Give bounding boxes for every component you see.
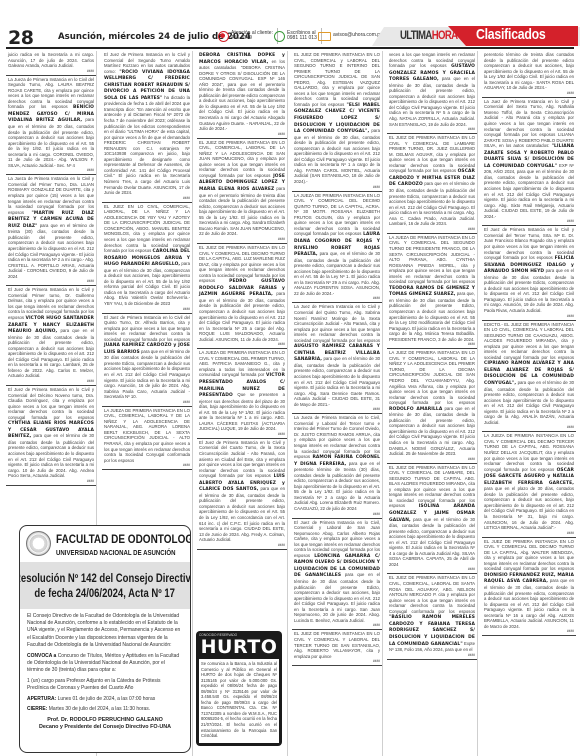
ad-parties: RODOLFO AMARILLA	[389, 407, 442, 412]
ad-text-continued: para que en el término de 30 días contad…	[104, 349, 190, 399]
ad-code: ####	[294, 512, 380, 516]
ad-text: LA JUEZ DE PRIMERA INSTANCIA EN LO CIVIL…	[389, 350, 475, 405]
ad-text-continued: para que en el término de 30 días, conta…	[389, 517, 475, 567]
ad-code: ####	[8, 479, 94, 483]
brand-logo[interactable]: ULTIMAHORA	[400, 28, 457, 42]
mail-icon	[318, 32, 331, 41]
section-dot	[575, 33, 578, 36]
ad-text-continued: para que en el término de 30 días, conta…	[389, 406, 475, 456]
contact-customer-service[interactable]: Atención al cliente:415 7000	[218, 28, 278, 44]
classified-ad: EL JUEZ DE PRIMERA INSTANCIA EN LO CIVIL…	[387, 464, 477, 575]
ad-code: ####	[294, 407, 380, 411]
contact-value: 0981 111 013	[287, 35, 317, 41]
ad-code: ####	[8, 279, 94, 283]
ad-code: ####	[104, 463, 190, 467]
ad-text: EL JUEZ DE PRIMERA INSTANCIA EN LO CIVIL…	[199, 245, 285, 283]
ad-text: El Juez de Primera Instancia en lo Civil…	[8, 387, 94, 420]
ad-text-continued: para que en el término de 30 días contad…	[8, 433, 94, 478]
classified-ad: DEBORA CRISTINA DOPKE y MARCOS HORACIO V…	[197, 51, 287, 139]
cierre-label: CIERRE:	[27, 706, 47, 712]
ad-text: El Juez de Primera Instancia en lo Civil…	[104, 315, 190, 342]
ad-code: ####	[484, 425, 574, 429]
contact-value: avisos@uhora.com.py	[333, 33, 383, 39]
ad-code: ####	[104, 400, 190, 404]
ad-text: La Jueza de Primera Instancia en lo Civi…	[294, 415, 380, 459]
phone-icon	[218, 31, 229, 42]
signer-name: Prof. Dr. RODOLFO PERRUCHINO GALEANO	[27, 717, 183, 725]
ad-text-continued: EXP Nº 206, AÑO 2024, para que en el tér…	[484, 163, 574, 219]
column-6: perentorio término de treinta días conta…	[482, 51, 576, 756]
ad-text: LA JUEZA DE PRIMERA INSTANCIA EN LO CIVI…	[294, 193, 380, 237]
ad-text: EL JUEZ DE PRIMERA INSTANCIA EN LO CIVIL…	[389, 465, 475, 509]
ad-code: ####	[199, 342, 285, 346]
classified-ad: El Juez de Primera Instancia en lo Civil…	[6, 286, 96, 386]
brand-ultima: ULTIMA	[400, 28, 432, 42]
ad-code: ####	[8, 379, 94, 383]
apertura-label: APERTURA:	[27, 696, 56, 702]
ad-text: LA JUEZA DE PRIMERA INSTANCIA EN LO CIVI…	[104, 408, 190, 463]
ad-code: ####	[294, 296, 380, 300]
ad-text: La Juez de Primera Instancia en lo Civil…	[484, 99, 574, 148]
ad-code: ####	[104, 307, 190, 311]
classified-ad: La Jueza de Primera Instancia en lo Civi…	[6, 175, 96, 286]
ad-text: EDICTO.- EL JUEZ DE PRIMERA INSTANCIA EN…	[484, 322, 574, 360]
ad-text: EL JUEZ DE PRIMERA INSTANCIA EN LO CIVIL…	[389, 575, 475, 613]
ad-text: EL JUEZ DE PRIMERA INSTANCIA EN LO CIVIL…	[389, 135, 475, 173]
ad-code: ####	[8, 69, 94, 73]
ad-code: ####	[199, 132, 285, 136]
convoca-label: CONVOCA a	[27, 653, 56, 659]
ad-text: La Jueza de Primera Instancia en lo Civi…	[8, 176, 94, 214]
classified-ad: perentorio término de treinta días conta…	[482, 51, 576, 98]
classified-ad: EL JUEZ DE PRIMERA INSTANCIA EN LO CIVIL…	[292, 51, 382, 192]
ad-text: LA JUEZA DE PRIMERA INSTANCIA EN LO CIVI…	[389, 235, 475, 284]
ad-text-continued: en los autos caratulados "DEBORA CRISTIN…	[199, 59, 285, 132]
ad-code: ####	[484, 314, 574, 318]
classified-ad: El Juez de Primera Instancia en lo Civil…	[102, 314, 192, 407]
ad-text-continued: para que en el término de 30 días, compa…	[104, 261, 190, 306]
ad-text-continued: para que en el término de 30 días, conta…	[484, 578, 574, 628]
classified-ad: La Jueza de Primera Instancia en lo Civi…	[6, 76, 96, 176]
ad-code: ####	[484, 219, 574, 223]
ad-code: ####	[484, 91, 574, 95]
ad-text: EL JUEZ DE PRIMERA INSTANCIA EN LO CIVIL…	[294, 52, 380, 107]
ad-title: FACULTAD DE ODONTOLOGÍA	[56, 532, 191, 546]
university-seal-icon	[26, 531, 51, 556]
classified-ad: LA JUEZA DE PRIMERA INSTANCIA EN LO CIVI…	[292, 192, 382, 304]
ad-code: ####	[389, 227, 475, 231]
ad-text: La Juez de Primera Instancia en lo Civil…	[294, 304, 380, 342]
ad-apertura: APERTURA: Lunes 01 de julio de 2024, a l…	[27, 696, 182, 703]
classified-ad: EL JUEZ DE PRIMERA INSTANCIA EN LO CIVIL…	[197, 139, 287, 244]
column-4: EL JUEZ DE PRIMERA INSTANCIA EN LO CIVIL…	[292, 51, 383, 756]
classified-ad: El Juez de Primera Instancia en lo Civil…	[102, 51, 192, 203]
classified-ad: LA JUEZ DE PRIMERA INSTANCIA EN LO CIVIL…	[387, 349, 477, 463]
classified-ad: El Juez de Primera Instancia en lo Civil…	[482, 226, 576, 320]
ad-text-continued: para que en el perentorio término de tre…	[294, 461, 380, 511]
ad-text: El Juez de Primera Instancia en lo Civil…	[294, 520, 380, 558]
classified-ad: LA JUEZA DE PRIMERA INSTANCIA EN LO CIVI…	[387, 234, 477, 349]
ad-parties: "BASILIO RAMON MERELES CARDOZO Y FABIANA…	[389, 615, 475, 646]
ad-convoca: CONVOCA a Concurso de Títulos, Méritos y…	[27, 653, 182, 675]
classified-ad: LA JUEZA DE PRIMERA INSTANCIA EN LO CIVI…	[197, 349, 287, 439]
ad-text-continued: para que, en el término de 30 días, cont…	[294, 251, 380, 296]
classified-ad: La Juez de Primera Instancia en lo Civil…	[482, 98, 576, 226]
ad-code: ####	[8, 168, 94, 172]
ad-subtitle: UNIVERSIDAD NACIONAL DE ASUNCIÓN	[56, 548, 175, 557]
classified-ad: La Jueza de Primera Instancia en lo Civi…	[292, 414, 382, 518]
ad-text: juicio radica en la Secretaría a mi carg…	[8, 52, 94, 68]
ad-signature: Prof. Dr. RODOLFO PERRUCHINO GALEANO Dec…	[27, 717, 183, 732]
page-number: 28	[8, 27, 33, 49]
ad-position: 1 (un) cargo para Profesor Adjunto en la…	[27, 678, 182, 692]
classified-ad: El Juez de Primera Instancia en lo Civil…	[6, 386, 96, 486]
ad-body: El Consejo Directivo de la Facultad de O…	[20, 609, 190, 732]
classified-ad: EL JUEZ DE PRIMERA INSTANCIA EN LO CIVIL…	[482, 538, 576, 637]
hurto-title: HURTO	[199, 637, 279, 657]
ad-code: ####	[389, 342, 475, 346]
classified-ad: El Juez de Primera Instancia en lo Civil…	[292, 519, 382, 631]
classified-ad: LA JUEZA DE PRIMERA INSTANCIA EN LO CIVI…	[102, 407, 192, 470]
ad-text: EL JUEZ EN LO CIVIL, COMERCIAL, LABORAL,…	[104, 204, 190, 253]
ad-text: El Juez de Primera Instancia en lo Civil…	[199, 440, 285, 478]
ad-intro: El Consejo Directivo de la Facultad de O…	[27, 613, 182, 649]
contact-whatsapp[interactable]: Escríbinos al0981 111 013	[274, 28, 322, 44]
resolution-banner: Resolución Nº 142 del Consejo Directivo …	[20, 562, 190, 609]
ad-code: ####	[389, 567, 475, 571]
ad-text-continued: para que en el término de 30 días, conta…	[199, 486, 285, 542]
classified-ad: EL JUEZ DE PRIMERA INSTANCIA EN LO CIVIL…	[292, 630, 382, 666]
ad-text-continued: ha dictado la providencia de fecha 1 de …	[104, 95, 190, 195]
classified-ad: EDICTO.- EL JUEZ DE PRIMERA INSTANCIA EN…	[482, 321, 576, 433]
ad-text-continued: Que se presenten a ejercer sus derechos …	[199, 392, 285, 431]
header-divider	[6, 47, 574, 49]
column-5: veces a los que tengan interés en reclam…	[387, 51, 478, 756]
hurto-body: Se comunica a la Banca, a la Industria a…	[199, 659, 279, 743]
resolution-line-2: de fecha 24/06/2024, Acta Nº 17	[35, 586, 176, 601]
ad-text-continued: para que en el término de 30 días, conta…	[389, 181, 475, 226]
ad-text: LA JUEZA DE PRIMERA INSTANCIA EN LO CIVI…	[484, 433, 574, 471]
apertura-value: Lunes 01 de julio de 2024, a las 07:00 h…	[58, 696, 156, 702]
classified-ad: EL JUEZ DE PRIMERA INSTANCIA EN LO CIVIL…	[197, 244, 287, 349]
ad-code: ####	[199, 237, 285, 241]
section-title: Clasificados	[476, 26, 546, 43]
ad-code: ####	[199, 432, 285, 436]
ad-text-continued: para que en el término de 30 días contad…	[8, 328, 94, 378]
classified-ad: EL JUEZ DE PRIMERA INSTANCIA EN LO CIVIL…	[387, 574, 477, 659]
ad-text-continued: para que en el perentorio término de tre…	[199, 186, 285, 236]
hurto-notice: CONOCIDO RESERVADO HURTO Se comunica a l…	[196, 631, 282, 746]
ad-text-continued: para que en el término de 30 días contad…	[484, 268, 574, 313]
classified-ad: LA JUEZA DE PRIMERA INSTANCIA EN LO CIVI…	[482, 432, 576, 537]
ad-code: ####	[294, 659, 380, 663]
facultad-odontologia-ad: FACULTAD DE ODONTOLOGÍA UNIVERSIDAD NACI…	[19, 525, 191, 753]
ad-code: ####	[199, 543, 285, 547]
ad-code: ####	[294, 623, 380, 627]
page-header: 28 Asunción, miércoles 24 de julio de 20…	[0, 0, 580, 46]
contact-value: 415 7000	[231, 35, 252, 41]
ad-code: ####	[389, 127, 475, 131]
ad-text: EL JUEZ DE PRIMERA INSTANCIA EN LO CIVIL…	[484, 539, 574, 572]
ad-text-continued: para que en el término de 30 días, conta…	[484, 380, 574, 425]
resolution-line-1: Resolución Nº 142 del Consejo Directivo	[19, 571, 191, 586]
classified-ad: juicio radica en la Secretaría a mi carg…	[6, 51, 96, 76]
ad-code: ####	[389, 457, 475, 461]
ad-cierre: CIERRE: Martes 30 de julio del 2024, a l…	[27, 706, 182, 713]
ad-text-continued: para que en el término de 30 días, conta…	[389, 76, 475, 126]
ad-text-continued: para que en el término de 30 días, conta…	[294, 128, 380, 184]
ad-text: EL JUEZ DE PRIMERA INSTANCIA EN LO CIVIL…	[199, 140, 285, 178]
classified-ad: El Juez de Primera Instancia en lo Civil…	[197, 439, 287, 550]
ad-code: ####	[294, 185, 380, 189]
classified-ad: La Juez de Primera Instancia en lo Civil…	[292, 303, 382, 414]
classified-ad: veces a los que tengan interés en reclam…	[387, 51, 477, 134]
signer-role: Decano y Presidente del Consejo Directiv…	[27, 724, 183, 732]
cierre-value: Martes 30 de julio del 2024, a las 11:30…	[49, 706, 150, 712]
ad-text-continued: para que en el término de 30 días, conta…	[199, 291, 285, 341]
ad-code: ####	[484, 531, 574, 535]
ad-text-continued: para que, en término de 30 días contados…	[389, 291, 475, 341]
ad-text-continued: para que en el término de 30 días contad…	[294, 572, 380, 622]
classified-ad: EL JUEZ EN LO CIVIL, COMERCIAL, LABORAL,…	[102, 203, 192, 314]
ad-text: perentorio término de treinta días conta…	[484, 52, 574, 90]
ad-text-continued: para que en el plazo de 30 días, contado…	[484, 486, 574, 530]
ad-text-continued: para que en el término de 30 días, conta…	[294, 356, 380, 406]
ad-code: ####	[389, 653, 475, 657]
classified-ad: EL JUEZ DE PRIMERA INSTANCIA EN LO CIVIL…	[387, 134, 477, 234]
ad-text-continued: para que en el término de 30 días, conta…	[8, 117, 94, 167]
ad-code: ####	[104, 196, 190, 200]
ad-code: ####	[484, 629, 574, 633]
ad-parties: "ELSI MABEL GONZALEZ CHAVEZ C/ VICENTE F…	[294, 103, 380, 134]
ad-text-continued: para que en el término de treinta (30) d…	[8, 223, 94, 279]
whatsapp-icon	[274, 31, 285, 42]
ad-text: EL JUEZ DE PRIMERA INSTANCIA EN LO CIVIL…	[294, 631, 380, 658]
